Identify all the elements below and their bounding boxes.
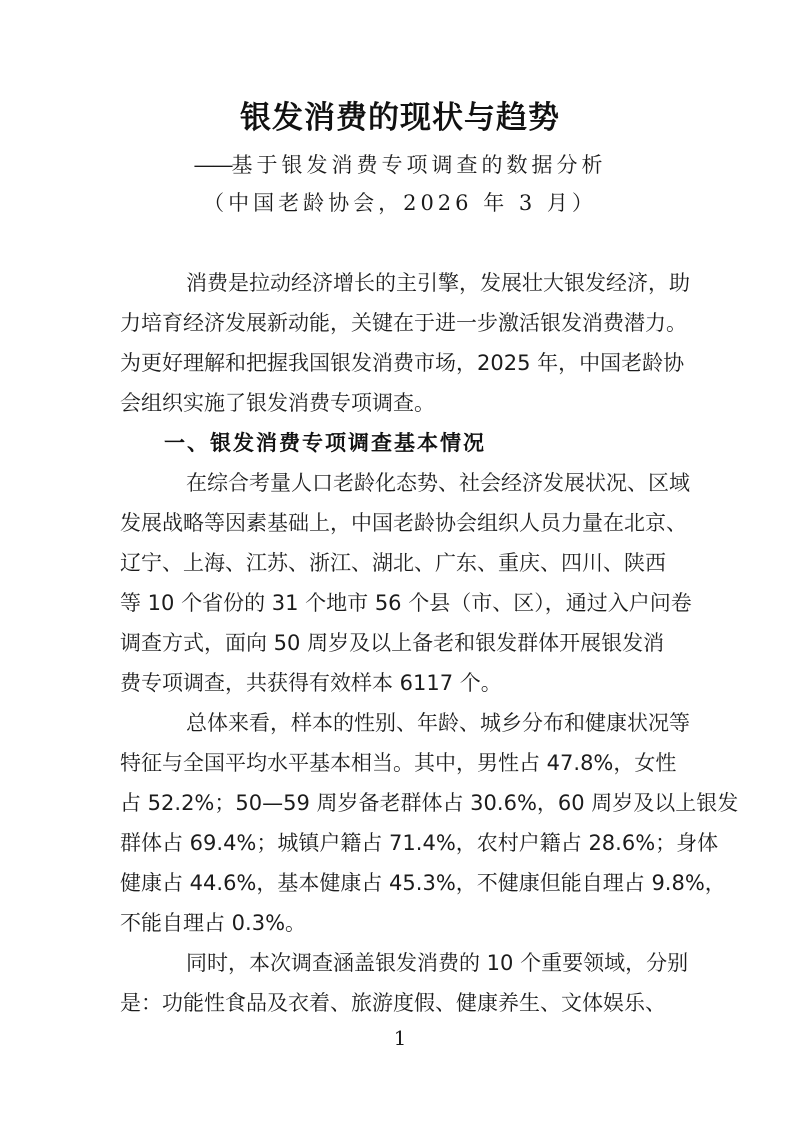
subtitle-dash: —— — [194, 153, 232, 177]
intro-paragraph: 消费是拉动经济增长的主引擎，发展壮大银发经济，助 力培育经济发展新动能，关键在于… — [120, 263, 682, 423]
text-line: 等 10 个省份的 31 个地市 56 个县（市、区），通过入户问卷 — [120, 583, 682, 623]
text-line: 为更好理解和把握我国银发消费市场，2025 年，中国老龄协 — [120, 343, 682, 383]
document-body: 消费是拉动经济增长的主引擎，发展壮大银发经济，助 力培育经济发展新动能，关键在于… — [120, 263, 682, 1023]
sample-profile-paragraph: 总体来看，样本的性别、年龄、城乡分布和健康状况等 特征与全国平均水平基本相当。其… — [120, 703, 682, 943]
document-subtitle: ——基于银发消费专项调查的数据分析 — [0, 148, 800, 182]
text-line: 消费是拉动经济增长的主引擎，发展壮大银发经济，助 — [120, 263, 682, 303]
text-line: 不能自理占 0.3%。 — [120, 903, 682, 943]
document-page: 银发消费的现状与趋势 ——基于银发消费专项调查的数据分析 （中国老龄协会，202… — [0, 0, 800, 1131]
text-line: 特征与全国平均水平基本相当。其中，男性占 47.8%，女性 — [120, 743, 682, 783]
consumption-domains-paragraph: 同时，本次调查涵盖银发消费的 10 个重要领域，分别 是：功能性食品及衣着、旅游… — [120, 943, 682, 1023]
document-title: 银发消费的现状与趋势 — [0, 96, 800, 140]
text-line: 总体来看，样本的性别、年龄、城乡分布和健康状况等 — [120, 703, 682, 743]
text-line: 辽宁、上海、江苏、浙江、湖北、广东、重庆、四川、陕西 — [120, 543, 682, 583]
text-line: 在综合考量人口老龄化态势、社会经济发展状况、区域 — [120, 463, 682, 503]
text-line: 费专项调查，共获得有效样本 6117 个。 — [120, 663, 682, 703]
text-line: 同时，本次调查涵盖银发消费的 10 个重要领域，分别 — [120, 943, 682, 983]
text-line: 群体占 69.4%；城镇户籍占 71.4%，农村户籍占 28.6%；身体 — [120, 823, 682, 863]
page-number: 1 — [0, 1026, 800, 1050]
text-line: 调查方式，面向 50 周岁及以上备老和银发群体开展银发消 — [120, 623, 682, 663]
document-org-date: （中国老龄协会，2026 年 3 月） — [0, 186, 800, 220]
section-heading: 一、银发消费专项调查基本情况 — [120, 423, 682, 463]
text-line: 会组织实施了银发消费专项调查。 — [120, 383, 682, 423]
survey-scope-paragraph: 在综合考量人口老龄化态势、社会经济发展状况、区域 发展战略等因素基础上，中国老龄… — [120, 463, 682, 703]
text-line: 健康占 44.6%，基本健康占 45.3%，不健康但能自理占 9.8%， — [120, 863, 682, 903]
text-line: 力培育经济发展新动能，关键在于进一步激活银发消费潜力。 — [120, 303, 682, 343]
subtitle-text: 基于银发消费专项调查的数据分析 — [232, 153, 607, 177]
text-line: 是：功能性食品及衣着、旅游度假、健康养生、文体娱乐、 — [120, 983, 682, 1023]
text-line: 发展战略等因素基础上，中国老龄协会组织人员力量在北京、 — [120, 503, 682, 543]
text-line: 占 52.2%；50—59 周岁备老群体占 30.6%，60 周岁及以上银发 — [120, 783, 682, 823]
